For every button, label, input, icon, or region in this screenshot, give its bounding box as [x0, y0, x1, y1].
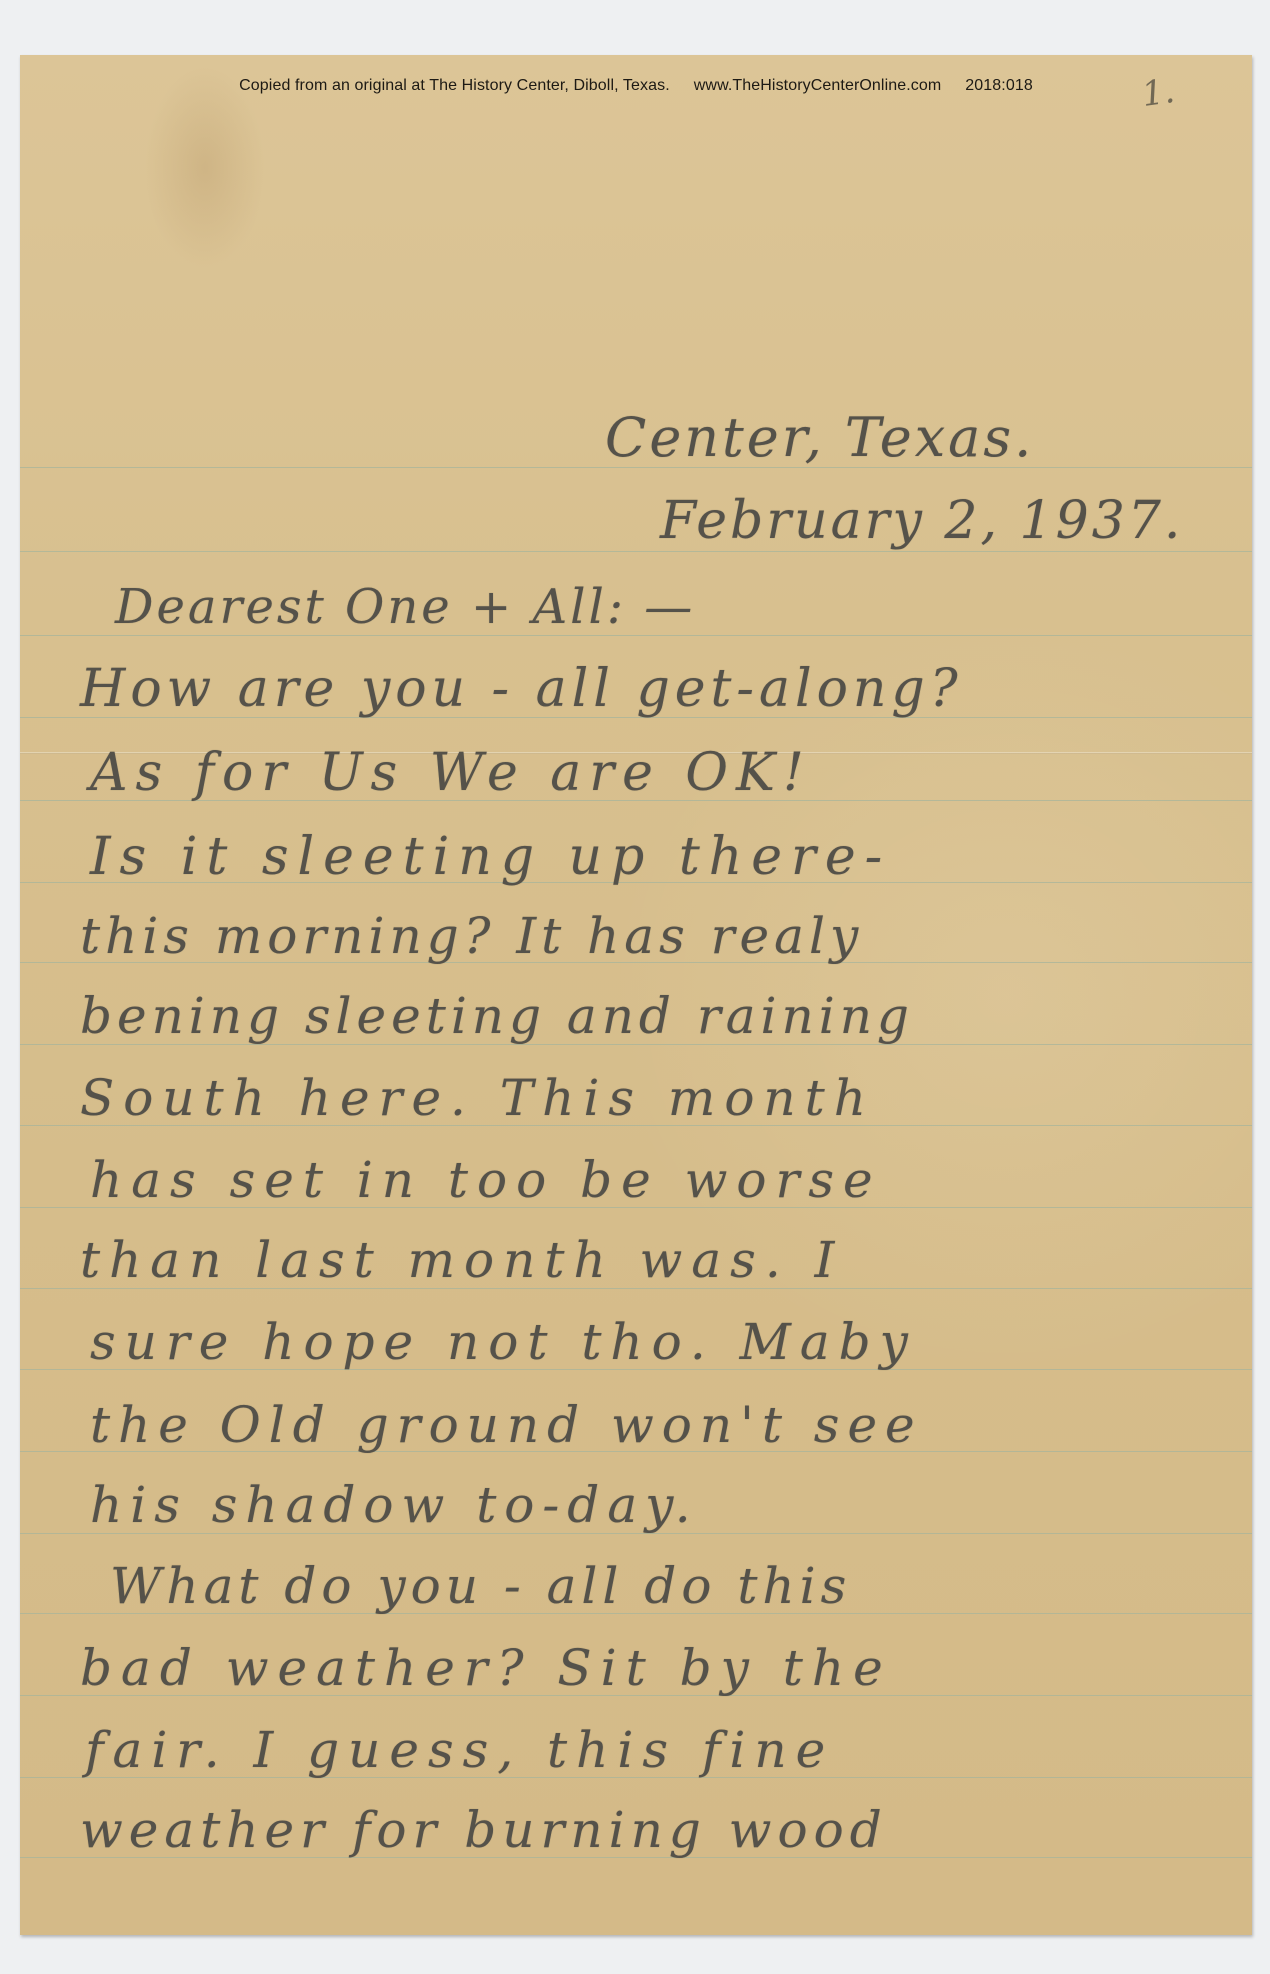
letter-line: his shadow to-day. — [90, 1480, 699, 1530]
letter-line: bening sleeting and raining — [80, 991, 914, 1041]
letter-line: the Old ground won't see — [90, 1400, 923, 1450]
letter-line: Is it sleeting up there- — [90, 831, 891, 883]
page-number-mark: 1. — [1139, 71, 1177, 115]
letter-line: How are you - all get-along? — [80, 663, 963, 715]
letter-line: weather for burning wood — [80, 1805, 888, 1855]
letter-line: this morning? It has realy — [80, 911, 863, 961]
archive-accession: 2018:018 — [965, 77, 1033, 94]
ruled-line — [20, 551, 1252, 552]
letter-line: bad weather? Sit by the — [80, 1643, 892, 1693]
letter-line: South here. This month — [80, 1073, 875, 1123]
letter-date: February 2, 1937. — [660, 495, 1183, 547]
letter-line: than last month was. I — [80, 1235, 843, 1285]
letter-line: sure hope not tho. Maby — [90, 1317, 917, 1367]
letter-line: fair. I guess, this fine — [85, 1725, 834, 1775]
archive-source: Copied from an original at The History C… — [239, 77, 670, 94]
ruled-line — [20, 635, 1252, 636]
letter-line: What do you - all do this — [110, 1561, 851, 1611]
letter-line: has set in too be worse — [90, 1155, 882, 1205]
archive-stamp: Copied from an original at The History C… — [20, 77, 1252, 95]
letter-place: Center, Texas. — [605, 411, 1034, 465]
archive-website: www.TheHistoryCenterOnline.com — [694, 77, 942, 94]
letter-salutation: Dearest One + All: — — [115, 583, 695, 631]
letter-line: As for Us We are OK! — [90, 747, 812, 799]
letter-page: Copied from an original at The History C… — [20, 55, 1252, 1935]
